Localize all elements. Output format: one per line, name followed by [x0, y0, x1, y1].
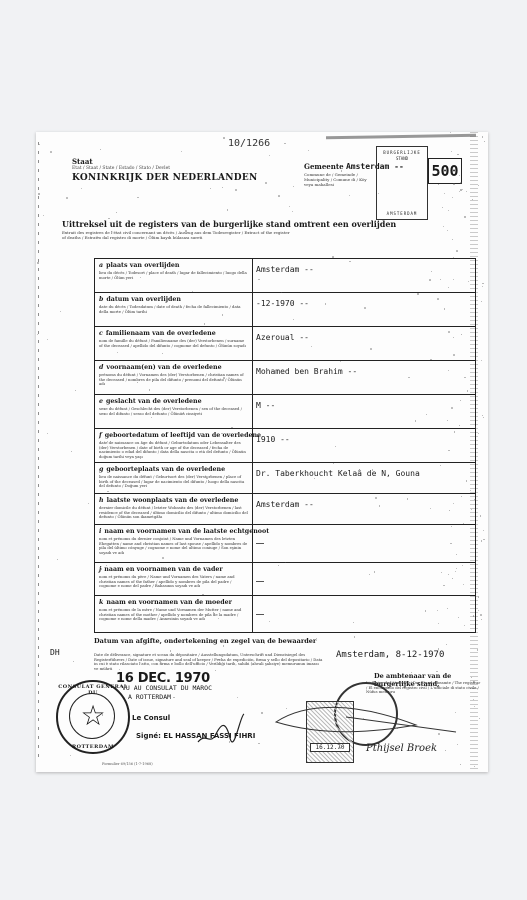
consulate-seal: CONSULAT GENERAL DU ☆ ROTTERDAM — [56, 680, 130, 754]
field-value: Amsterdam -- — [253, 494, 475, 524]
field-label: aplaats van overlijden — [99, 262, 248, 269]
field-label-text: datum van overlijden — [106, 296, 181, 303]
scan-artifact — [326, 134, 476, 140]
field-letter: b — [99, 296, 103, 303]
death-record-table: aplaats van overlijdenlieu du décès / To… — [94, 258, 476, 633]
revenue-stamp-bottom: AMSTERDAM — [379, 211, 425, 216]
field-value — [253, 596, 475, 632]
field-label-cell: hlaatste woonplaats van de overledeneder… — [95, 494, 253, 524]
field-label-text: plaats van overlijden — [106, 262, 179, 269]
field-label: fgeboortedatum of leeftijd van de overle… — [99, 432, 248, 439]
field-value — [253, 525, 475, 562]
registrar-signature: Pthijsel Broek — [366, 743, 437, 754]
field-label-text: naam en voornamen van de moeder — [106, 599, 232, 606]
field-value: Amsterdam -- — [253, 259, 475, 292]
issuance-translations: Date de délivrance, signature et sceau d… — [94, 653, 324, 671]
form-footer: Formulier 69/156 (1-7-1968) — [102, 762, 153, 766]
field-label: jnaam en voornamen van de vader — [99, 566, 248, 573]
field-translations: sexe du défunt / Geschlecht des (der) Ve… — [99, 407, 248, 416]
place-and-date: Amsterdam, 8-12-1970 — [336, 650, 444, 660]
table-row: fgeboortedatum of leeftijd van de overle… — [95, 428, 475, 462]
consul-signature-icon — [196, 712, 246, 752]
scanned-document: 10/1266 Staat Etat / Staat / State / Est… — [36, 132, 488, 772]
field-letter: g — [99, 466, 103, 473]
field-value: Mohamed ben Brahim -- — [253, 361, 475, 394]
field-translations: dernier domicile du défunt / letzter Woh… — [99, 506, 248, 520]
consulate-stamp-line2: A ROTTERDAM — [128, 693, 171, 701]
document-title: Uittreksel uit de registers van de burge… — [62, 219, 396, 229]
field-label-cell: aplaats van overlijdenlieu du décès / To… — [95, 259, 253, 292]
state-label: Staat — [72, 157, 93, 166]
field-label: egeslacht van de overledene — [99, 398, 248, 405]
field-translations: lieu du décès / Todesort / place of deat… — [99, 271, 248, 280]
table-row: egeslacht van de overledenesexe du défun… — [95, 394, 475, 428]
table-row: cfamilienaam van de overledenenom de fam… — [95, 326, 475, 360]
field-label-cell: bdatum van overlijdendate du décès / Tod… — [95, 293, 253, 326]
initials: DH — [50, 648, 60, 657]
table-row: dvoornaam(en) van de overledeneprénoms d… — [95, 360, 475, 394]
field-label-text: laatste woonplaats van de overledene — [107, 497, 239, 504]
field-label-cell: egeslacht van de overledenesexe du défun… — [95, 395, 253, 428]
field-value: Azeroual -- — [253, 327, 475, 360]
consul-title: Le Consul — [132, 714, 170, 722]
field-label-text: geboorteplaats van de overledene — [106, 466, 225, 473]
field-label: knaam en voornamen van de moeder — [99, 599, 248, 606]
field-label: ggeboorteplaats van de overledene — [99, 466, 248, 473]
field-translations: prénoms du défunt / Vornamen des (der) V… — [99, 373, 248, 387]
field-value: -12-1970 -- — [253, 293, 475, 326]
field-translations: nom et prénoms de la mère / Name und Vor… — [99, 608, 248, 622]
municipality-translations: Commune de / Gemeinde / Municipality / C… — [304, 172, 374, 187]
field-label-cell: knaam en voornamen van de moedernom et p… — [95, 596, 253, 632]
table-row: inaam en voornamen van de laatste echtge… — [95, 524, 475, 562]
country-name: KONINKRIJK DER NEDERLANDEN — [72, 173, 258, 183]
field-letter: f — [99, 432, 102, 439]
field-label: hlaatste woonplaats van de overledene — [99, 497, 248, 504]
revenue-stamp-top: BURGERLIJKE — [379, 150, 425, 155]
field-label-cell: cfamilienaam van de overledenenom de fam… — [95, 327, 253, 360]
table-row: jnaam en voornamen van de vadernom et pr… — [95, 562, 475, 595]
issuance-label: Datum van afgifte, ondertekening en zege… — [94, 637, 316, 645]
table-row: knaam en voornamen van de moedernom et p… — [95, 595, 475, 632]
document-title-translations: Extrait des registres de l'état civil co… — [62, 230, 292, 240]
municipality-label: Gemeente — [304, 162, 344, 171]
star-icon: ☆ — [58, 702, 128, 730]
state-translations: Etat / Staat / State / Estado / Stato / … — [72, 166, 170, 171]
consulate-stamp-line1: VU AU CONSULAT DU MAROC — [122, 684, 212, 692]
fee-stamp: 500 — [428, 158, 462, 184]
field-label: inaam en voornamen van de laatste echtge… — [99, 528, 248, 535]
field-label-cell: fgeboortedatum of leeftijd van de overle… — [95, 429, 253, 462]
field-label-text: geslacht van de overledene — [106, 398, 202, 405]
field-label-text: naam en voornamen van de laatste echtgen… — [104, 528, 269, 535]
field-label-text: naam en voornamen van de vader — [104, 566, 222, 573]
table-row: bdatum van overlijdendate du décès / Tod… — [95, 292, 475, 326]
table-row: ggeboorteplaats van de overledenelieu de… — [95, 462, 475, 493]
field-letter: i — [99, 528, 101, 535]
seal-bottom-text: ROTTERDAM — [58, 744, 128, 750]
field-value: 1910 -- — [253, 429, 475, 462]
field-translations: date de naissance ou âge du défunt / Geb… — [99, 441, 248, 459]
field-translations: nom et prénoms du père / Name und Vornam… — [99, 575, 248, 589]
reference-number: 10/1266 — [228, 138, 270, 149]
scan-edge-left — [38, 142, 39, 762]
field-value: Dr. Taberkhoucht Kelaâ de N, Gouna — [253, 463, 475, 493]
field-label-cell: dvoornaam(en) van de overledeneprénoms d… — [95, 361, 253, 394]
field-label: bdatum van overlijden — [99, 296, 248, 303]
field-value — [253, 563, 475, 595]
revenue-stamp-mid: STAND — [379, 156, 425, 161]
field-translations: date du décès / Todesdatum / date of dea… — [99, 305, 248, 314]
revenue-stamp: BURGERLIJKE STAND AMSTERDAM — [376, 146, 428, 220]
field-label: cfamilienaam van de overledene — [99, 330, 248, 337]
signature-flourish-icon — [266, 697, 466, 747]
field-label-cell: inaam en voornamen van de laatste echtge… — [95, 525, 253, 562]
field-label-text: familienaam van de overledene — [106, 330, 216, 337]
field-label-cell: ggeboorteplaats van de overledenelieu de… — [95, 463, 253, 493]
field-letter: e — [99, 398, 103, 405]
field-label: dvoornaam(en) van de overledene — [99, 364, 248, 371]
field-letter: d — [99, 364, 103, 371]
field-letter: c — [99, 330, 103, 337]
field-translations: nom et prénoms du dernier conjoint / Nam… — [99, 537, 248, 555]
field-letter: h — [99, 497, 104, 504]
field-label-cell: jnaam en voornamen van de vadernom et pr… — [95, 563, 253, 595]
field-label-text: geboortedatum of leeftijd van de overled… — [105, 432, 261, 439]
field-label-text: voornaam(en) van de overledene — [106, 364, 221, 371]
field-translations: nom de famille du défunt / Familienname … — [99, 339, 248, 348]
field-translations: lieu de naissance du défunt / Geburtsort… — [99, 475, 248, 489]
table-row: hlaatste woonplaats van de overledeneder… — [95, 493, 475, 524]
field-letter: a — [99, 262, 103, 269]
field-letter: k — [99, 599, 103, 606]
field-value: M -- — [253, 395, 475, 428]
table-row: aplaats van overlijdenlieu du décès / To… — [95, 259, 475, 292]
